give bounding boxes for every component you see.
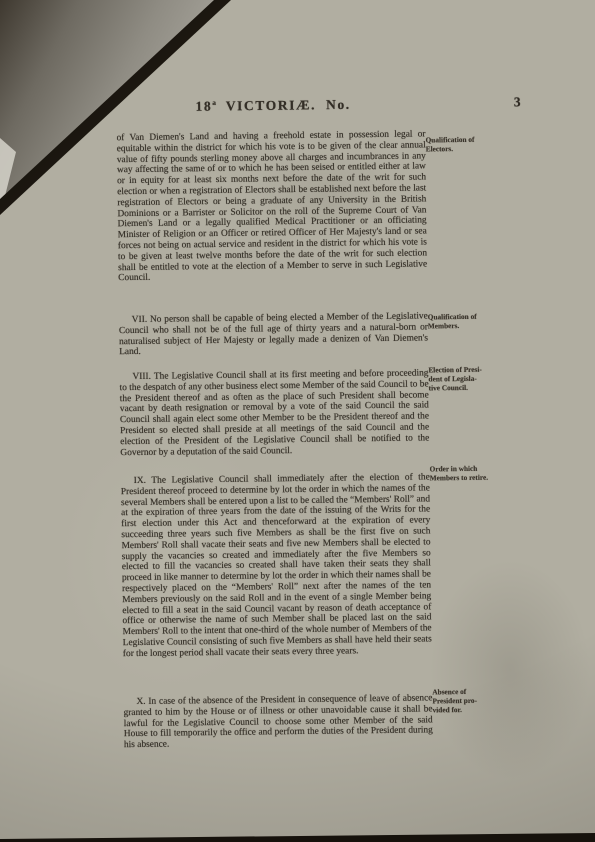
margin-note-absence-president: Absence of President pro- vided for. — [432, 687, 536, 715]
number-label: No. — [326, 97, 351, 112]
regnal-superscript: a — [212, 98, 216, 107]
regnal-year: 18 — [196, 99, 213, 114]
margin-note-qualification-electors: Qualification of Electors. — [426, 135, 530, 154]
page-number: 3 — [502, 94, 532, 110]
margin-note-qualification-members: Qualification of Members. — [428, 312, 532, 331]
margin-note-election-president: Election of Presi- dent of Legisla- tive… — [428, 365, 532, 393]
paragraph-clause-x: X. In case of the absence of the Preside… — [123, 693, 433, 751]
margin-note-order-retire: Order in which Members to retire. — [430, 464, 534, 483]
regnal-title: VICTORIÆ. — [226, 97, 316, 113]
running-header: 18a VICTORIÆ. No. — [117, 95, 429, 115]
paragraph-continuation: of Van Diemen's Land and having a freeho… — [116, 129, 427, 284]
photo-background: 18a VICTORIÆ. No. 3 of Van Diemen's Land… — [0, 0, 595, 842]
paragraph-clause-viii: VIII. The Legislative Council shall at i… — [119, 368, 429, 458]
paragraph-clause-ix: IX. The Legislative Council shall immedi… — [121, 472, 432, 659]
paragraph-clause-vii: VII. No person shall be capable of being… — [119, 311, 429, 358]
